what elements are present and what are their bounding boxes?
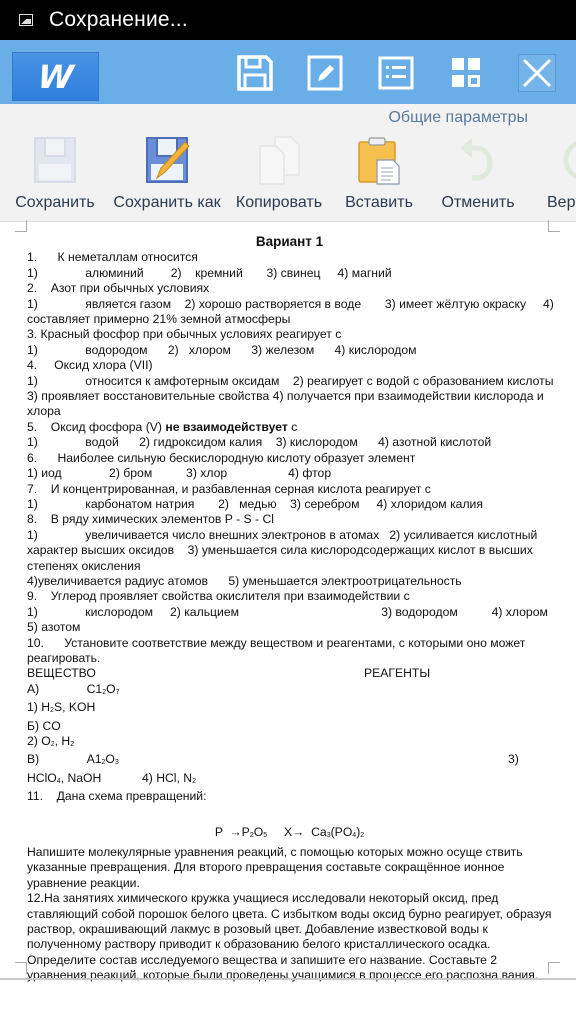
answers-4-cont: 3) проявляет восстановительные свойства … <box>27 389 552 420</box>
reaction-scheme: P →P2O5 X→ Ca3(PO4)2 <box>27 825 552 843</box>
substance-v: В) A12O33) <box>27 752 552 770</box>
answers-5: 1) водой 2) гидроксидом калия 3) кислоро… <box>27 435 552 450</box>
question-1: 1. К неметаллам относится <box>27 250 552 265</box>
app-bar: W <box>0 40 576 104</box>
document-page[interactable]: Вариант 1 1. К неметаллам относится 1) а… <box>0 222 576 1022</box>
redo-button[interactable]: Вернуть <box>526 134 576 219</box>
answers-8-cont: 4)увеличивается радиус атомов 5) уменьша… <box>27 574 552 589</box>
answers-4: 1) относится к амфотерным оксидам 2) реа… <box>27 374 552 389</box>
answers-6: 1) иод 2) бром 3) хлор 4) фтор <box>27 466 552 481</box>
question-10: 10. Установите соответствие между вещест… <box>27 636 552 667</box>
question-11: 11. Дана схема превращений: <box>27 789 552 804</box>
grid-icon[interactable] <box>448 55 484 91</box>
question-12: 12.На занятиях химического кружка учащие… <box>27 891 552 983</box>
page-corner-mark <box>548 962 560 974</box>
question-3: 3. Красный фосфор при обычных условиях р… <box>27 327 552 342</box>
question-6: 6. Наиболее сильную бескислородную кисло… <box>27 451 552 466</box>
paste-icon <box>355 134 403 186</box>
ribbon-toolbar: Общие параметры Сохранить Сохранить как … <box>0 104 576 222</box>
answers-9: 1) кислородом 2) кальцием 3) водородом 4… <box>27 605 552 620</box>
answers-9-cont: 5) азотом <box>27 620 552 635</box>
image-icon <box>19 14 33 26</box>
substance-a: А) C12O7 <box>27 682 552 700</box>
document-content: Вариант 1 1. К неметаллам относится 1) а… <box>27 234 552 984</box>
answers-3: 1) водородом 2) хлором 3) железом 4) кис… <box>27 343 552 358</box>
save-as-icon <box>143 134 191 186</box>
reagent-3-4: HClO4, NaOH 4) HCl, N2 <box>27 771 552 789</box>
answers-7: 1) карбонатом натрия 2) медью 3) серебро… <box>27 497 552 512</box>
status-title: Сохранение... <box>49 8 188 32</box>
page-corner-mark <box>15 220 27 232</box>
save-as-button[interactable]: Сохранить как <box>107 134 227 219</box>
save-icon[interactable] <box>237 55 273 91</box>
substance-b: Б) CO <box>27 719 552 734</box>
redo-icon <box>558 134 576 186</box>
answers-2-cont: составляет примерно 21% земной атмосферы <box>27 312 552 327</box>
reagent-2: 2) O2, H2 <box>27 734 552 752</box>
undo-icon <box>454 134 502 186</box>
save-button[interactable]: Сохранить <box>0 134 115 219</box>
close-icon[interactable] <box>519 55 555 91</box>
page-corner-mark <box>15 962 27 974</box>
question-8: 8. В ряду химических элементов P - S - C… <box>27 512 552 527</box>
page-corner-mark <box>548 220 560 232</box>
question-4: 4. Оксид хлора (VII) <box>27 358 552 373</box>
question-2: 2. Азот при обычных условиях <box>27 281 552 296</box>
ribbon-tab-general[interactable]: Общие параметры <box>388 109 528 127</box>
question-9: 9. Углерод проявляет свойства окислителя… <box>27 589 552 604</box>
status-bar: Сохранение... <box>0 0 576 40</box>
question-11-text: Напишите молекулярные уравнения реакций,… <box>27 845 552 891</box>
question-5: 5. Оксид фосфора (V) не взаимодействует … <box>27 420 552 435</box>
edit-icon[interactable] <box>307 55 343 91</box>
table-header: ВЕЩЕСТВОРЕАГЕНТЫ <box>27 666 552 681</box>
word-logo-icon: W <box>36 58 75 96</box>
floppy-disk-icon <box>31 134 79 186</box>
copy-icon <box>255 134 303 186</box>
document-title: Вариант 1 <box>27 234 552 249</box>
question-7: 7. И концентрированная, и разбавленная с… <box>27 482 552 497</box>
app-menu-button[interactable]: W <box>12 52 99 101</box>
answers-1: 1) алюминий 2) кремний 3) свинец 4) магн… <box>27 266 552 281</box>
undo-button[interactable]: Отменить <box>418 134 538 219</box>
list-icon[interactable] <box>378 55 414 91</box>
reagent-1: 1) H2S, KOH <box>27 700 552 718</box>
answers-8: 1) увеличивается число внешних электроно… <box>27 528 552 574</box>
page-separator <box>0 978 576 980</box>
answers-2: 1) является газом 2) хорошо растворяется… <box>27 297 552 312</box>
